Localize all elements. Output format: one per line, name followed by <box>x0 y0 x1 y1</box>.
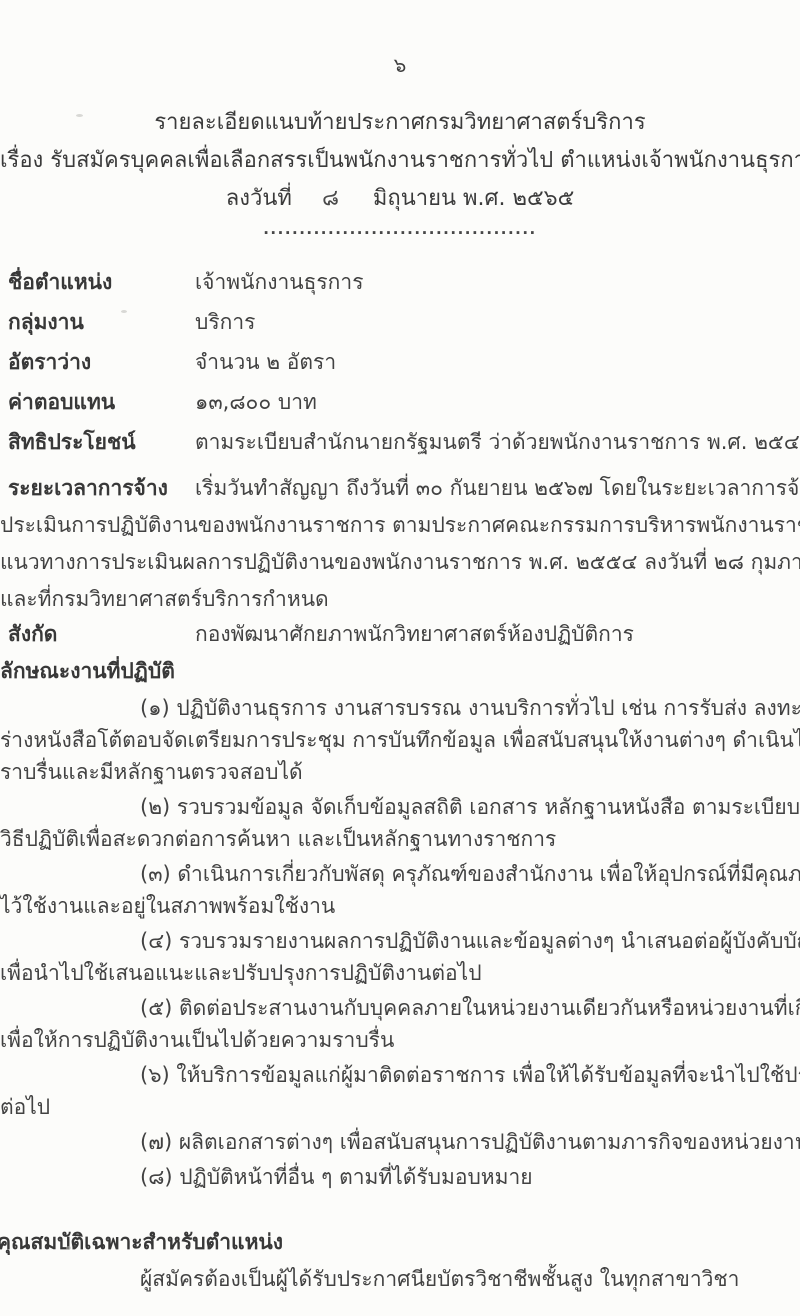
duty-item-5-line-1: (๕) ติดต่อประสานงานกับบุคคลภายในหน่วยงาน… <box>0 992 800 1024</box>
info-row-salary: ค่าตอบแทน ๑๓,๘๐๐ บาท <box>0 390 800 414</box>
duty-item-2-line-1: (๒) รวบรวมข้อมูล จัดเก็บข้อมูลสถิติ เอกส… <box>0 791 800 823</box>
duty-item-1-line-1: (๑) ปฏิบัติงานธุรการ งานสารบรรณ งานบริกา… <box>0 692 800 724</box>
duties-section-heading: ลักษณะงานที่ปฏิบัติ <box>0 656 800 686</box>
info-row-benefits: สิทธิประโยชน์ ตามระเบียบสำนักนายกรัฐมนตร… <box>0 430 800 454</box>
qualifications-heading: คุณสมบัติเฉพาะสำหรับตำแหน่ง <box>0 1227 800 1257</box>
info-value: บริการ <box>195 310 255 334</box>
info-label: กลุ่มงาน <box>0 310 195 334</box>
date-line: ลงวันที่๘มิถุนายน พ.ศ. ๒๕๖๕ <box>0 180 800 218</box>
info-label: ระยะเวลาการจ้าง <box>0 470 195 507</box>
duty-item-6-line-1: (๖) ให้บริการข้อมูลแก่ผู้มาติดต่อราชการ … <box>0 1059 800 1091</box>
info-value: ๑๓,๘๐๐ บาท <box>195 390 317 414</box>
position-info-section: ชื่อตำแหน่ง เจ้าพนักงานธุรการ กลุ่มงาน บ… <box>0 270 800 454</box>
duty-item-1-line-2: ร่างหนังสือโต้ตอบจัดเตรียมการประชุม การบ… <box>0 724 800 756</box>
employment-line-3: แนวทางการประเมินผลการปฏิบัติงานของพนักงา… <box>0 544 800 581</box>
title-line-2: เรื่อง รับสมัครบุคคลเพื่อเลือกสรรเป็นพนั… <box>0 142 800 180</box>
duties-list: (๑) ปฏิบัติงานธุรการ งานสารบรรณ งานบริกา… <box>0 692 800 1193</box>
info-label: ค่าตอบแทน <box>0 390 195 414</box>
info-label: สิทธิประโยชน์ <box>0 430 195 454</box>
info-value: จำนวน ๒ อัตรา <box>195 350 336 374</box>
employment-line-1: เริ่มวันทำสัญญา ถึงวันที่ ๓๐ กันยายน ๒๕๖… <box>195 470 800 507</box>
info-row-vacancies: อัตราว่าง จำนวน ๒ อัตรา <box>0 350 800 374</box>
info-label: อัตราว่าง <box>0 350 195 374</box>
document-page: ๖ รายละเอียดแนบท้ายประกาศกรมวิทยาศาสตร์บ… <box>0 0 800 1316</box>
info-label: สังกัด <box>0 622 195 646</box>
duty-item-1-line-3: ราบรื่นและมีหลักฐานตรวจสอบได้ <box>0 756 800 788</box>
qualifications-section: คุณสมบัติเฉพาะสำหรับตำแหน่ง ผู้สมัครต้อง… <box>0 1227 800 1295</box>
employment-period-row: ระยะเวลาการจ้าง เริ่มวันทำสัญญา ถึงวันที… <box>0 470 800 507</box>
duty-item-5-line-2: เพื่อให้การปฏิบัติงานเป็นไปด้วยความราบรื… <box>0 1024 800 1056</box>
info-value: ตามระเบียบสำนักนายกรัฐมนตรี ว่าด้วยพนักง… <box>195 430 800 454</box>
duty-item-3-line-1: (๓) ดำเนินการเกี่ยวกับพัสดุ ครุภัณฑ์ของส… <box>0 858 800 890</box>
title-line-1: รายละเอียดแนบท้ายประกาศกรมวิทยาศาสตร์บริ… <box>0 104 800 142</box>
employment-period-section: ระยะเวลาการจ้าง เริ่มวันทำสัญญา ถึงวันที… <box>0 470 800 618</box>
info-label: ชื่อตำแหน่ง <box>0 270 195 294</box>
duty-item-8-line-1: (๘) ปฏิบัติหน้าที่อื่น ๆ ตามที่ได้รับมอบ… <box>0 1161 800 1193</box>
duty-item-6-line-2: ต่อไป <box>0 1091 800 1123</box>
handwritten-date-day: ๘ <box>320 179 340 218</box>
scan-artifact <box>121 310 127 313</box>
duty-item-2-line-2: วิธีปฏิบัติเพื่อสะดวกต่อการค้นหา และเป็น… <box>0 823 800 855</box>
duty-item-3-line-2: ไว้ใช้งานและอยู่ในสภาพพร้อมใช้งาน <box>0 890 800 922</box>
date-rest: มิถุนายน พ.ศ. ๒๕๖๕ <box>373 186 574 211</box>
info-row-affiliation: สังกัด กองพัฒนาศักยภาพนักวิทยาศาสตร์ห้อง… <box>0 622 800 646</box>
info-row-work-group: กลุ่มงาน บริการ <box>0 310 800 334</box>
scan-artifact <box>66 1246 71 1250</box>
info-value: กองพัฒนาศักยภาพนักวิทยาศาสตร์ห้องปฏิบัติ… <box>195 622 634 646</box>
page-number: ๖ <box>0 50 800 80</box>
info-row-position-name: ชื่อตำแหน่ง เจ้าพนักงานธุรการ <box>0 270 800 294</box>
date-prefix: ลงวันที่ <box>226 186 292 211</box>
duty-item-7-line-1: (๗) ผลิตเอกสารต่างๆ เพื่อสนับสนุนการปฏิบ… <box>0 1126 800 1158</box>
employment-line-2: ประเมินการปฏิบัติงานของพนักงานราชการ ตาม… <box>0 507 800 544</box>
qualifications-text: ผู้สมัครต้องเป็นผู้ได้รับประกาศนียบัตรวิ… <box>0 1263 800 1295</box>
dotted-divider: ...................................... <box>0 218 800 240</box>
duty-item-4-line-1: (๔) รวบรวมรายงานผลการปฏิบัติงานและข้อมูล… <box>0 925 800 957</box>
info-value: เจ้าพนักงานธุรการ <box>195 270 363 294</box>
duty-item-4-line-2: เพื่อนำไปใช้เสนอแนะและปรับปรุงการปฏิบัติ… <box>0 957 800 989</box>
document-header: รายละเอียดแนบท้ายประกาศกรมวิทยาศาสตร์บริ… <box>0 104 800 218</box>
employment-line-4: และที่กรมวิทยาศาสตร์บริการกำหนด <box>0 581 800 618</box>
scan-artifact <box>76 114 83 117</box>
